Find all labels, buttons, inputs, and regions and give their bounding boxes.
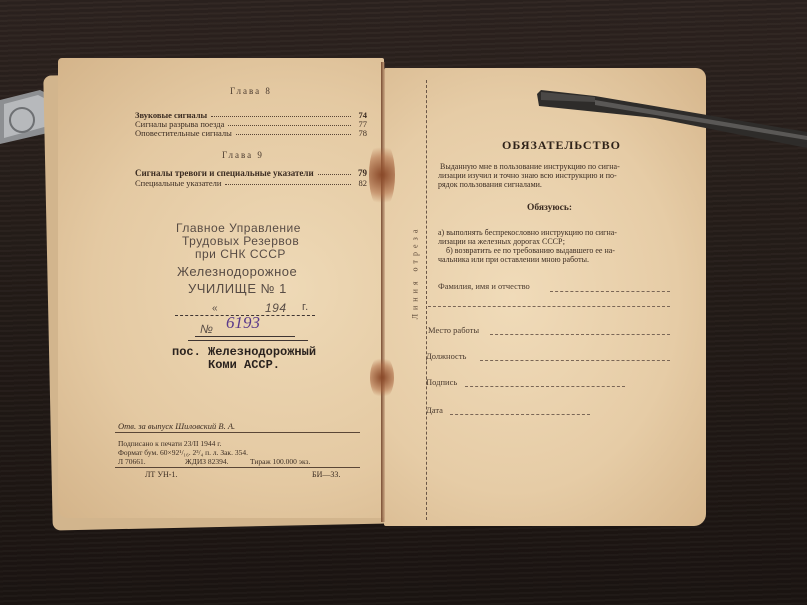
rust-stain-bottom [370, 355, 394, 400]
date-field[interactable] [450, 414, 590, 415]
pledge-title: ОБЯЗАТЕЛЬСТВО [502, 138, 621, 153]
inventory-number: 6193 [226, 313, 260, 333]
toc-page: 79 [355, 168, 367, 178]
field-label-name: Фамилия, имя и отчество [438, 281, 530, 291]
pledge-heading: Обязуюсь: [527, 203, 572, 213]
name-field-line2[interactable] [428, 306, 670, 307]
toc-label: Сигналы тревоги и специальные указатели [135, 168, 314, 178]
binding-gutter [381, 62, 385, 522]
stamp-line: Трудовых Резервов [182, 234, 299, 248]
signature-field[interactable] [465, 386, 625, 387]
stamp-line: при СНК СССР [195, 247, 286, 261]
workplace-field[interactable] [490, 334, 670, 335]
pledge-item-a: лизации на железных дорогах СССР; [438, 237, 565, 246]
imprint-printer: ЛТ УН-1. [145, 470, 177, 479]
stamp-line: Главное Управление [176, 221, 301, 235]
field-label-date: Дата [426, 405, 443, 415]
imprint-responsible: Отв. за выпуск Шиловский В. А. [118, 421, 235, 431]
toc-label: Оповестительные сигналы [135, 128, 232, 138]
stamp-line: Железнодорожное [177, 264, 297, 279]
pledge-intro-line: лизации изучил и точно знаю всю инструкц… [438, 171, 617, 180]
pledge-item-b: б) возвратить ее по требованию выдавшего… [446, 246, 615, 255]
toc-item[interactable]: Оповестительные сигналы78 [135, 128, 367, 138]
imprint-print-run: Тираж 100.000 экз. [250, 457, 310, 466]
pledge-intro-line: Выданную мне в пользование инструкцию по… [440, 162, 620, 171]
pledge-intro-line: рядок пользования сигналами. [438, 180, 542, 189]
name-field[interactable] [550, 291, 670, 292]
imprint-code: Л 70661. [118, 457, 146, 466]
pledge-item-a: а) выполнять беспрекословно инструкцию п… [438, 228, 617, 237]
position-field[interactable] [480, 360, 670, 361]
field-label-signature: Подпись [426, 377, 457, 387]
stamp-year-suffix: г. [302, 301, 309, 313]
stamp-year: 194 [265, 301, 287, 315]
field-label-position: Должность [426, 351, 466, 361]
cut-line [426, 80, 427, 520]
stamp-line: УЧИЛИЩЕ № 1 [188, 281, 287, 296]
field-label-workplace: Место работы [428, 325, 479, 335]
stamp-line: Коми АССР. [208, 358, 280, 372]
stamp-number-label: № [200, 322, 214, 336]
pledge-item-b: чальника или при оставлении мною работы. [438, 255, 589, 264]
toc-page: 78 [355, 128, 367, 138]
toc-label: Специальные указатели [135, 178, 221, 188]
stamp-line: пос. Железнодорожный [172, 345, 316, 359]
imprint-signed: Подписано к печати 23/II 1944 г. [118, 439, 221, 448]
toc-page: 82 [355, 178, 367, 188]
imprint-format: Формат бум. 60×92¹/₁₆. 2³/₄ п. л. Зак. 3… [118, 448, 248, 457]
toc-item[interactable]: Специальные указатели82 [135, 178, 367, 188]
toc-item[interactable]: Сигналы тревоги и специальные указатели7… [135, 168, 367, 178]
chapter-8-title: Глава 8 [230, 86, 272, 96]
stamp-date-prefix: « [212, 303, 218, 314]
imprint-zhdiz: ЖДИЗ 82394. [185, 457, 229, 466]
rust-stain-top [369, 140, 395, 210]
cut-line-label: Линия отреза [411, 218, 420, 328]
imprint-series: БИ—33. [312, 470, 340, 479]
chapter-9-title: Глава 9 [222, 150, 264, 160]
